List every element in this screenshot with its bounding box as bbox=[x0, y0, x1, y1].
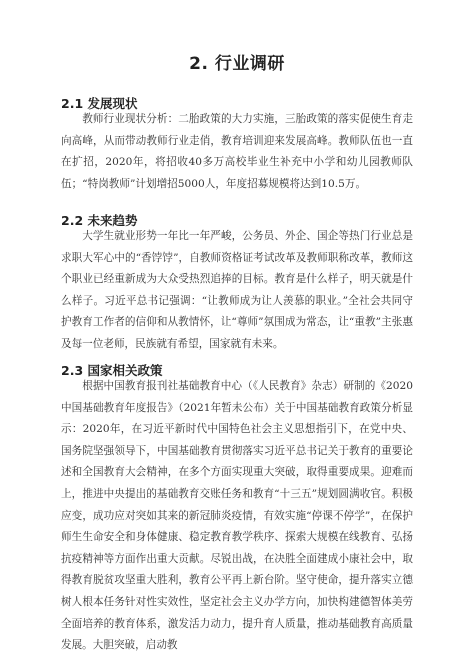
section-paragraph-national-policy: 根据中国教育报刊社基础教育中心（《人民教育》杂志）研制的《2020中国基础教育年… bbox=[61, 376, 413, 657]
section-paragraph-development-status: 教师行业现状分析：二胎政策的大力实施，三胎政策的落实促使生育走向高峰，从而带动教… bbox=[61, 109, 413, 195]
section-paragraph-future-trends: 大学生就业形势一年比一年严峻，公务员、外企、国企等热门行业总是求职大军心中的“香… bbox=[61, 226, 413, 356]
document-page: 2. 行业调研 2.1 发展现状 教师行业现状分析：二胎政策的大力实施，三胎政策… bbox=[0, 0, 474, 671]
page-title: 2. 行业调研 bbox=[0, 49, 474, 74]
